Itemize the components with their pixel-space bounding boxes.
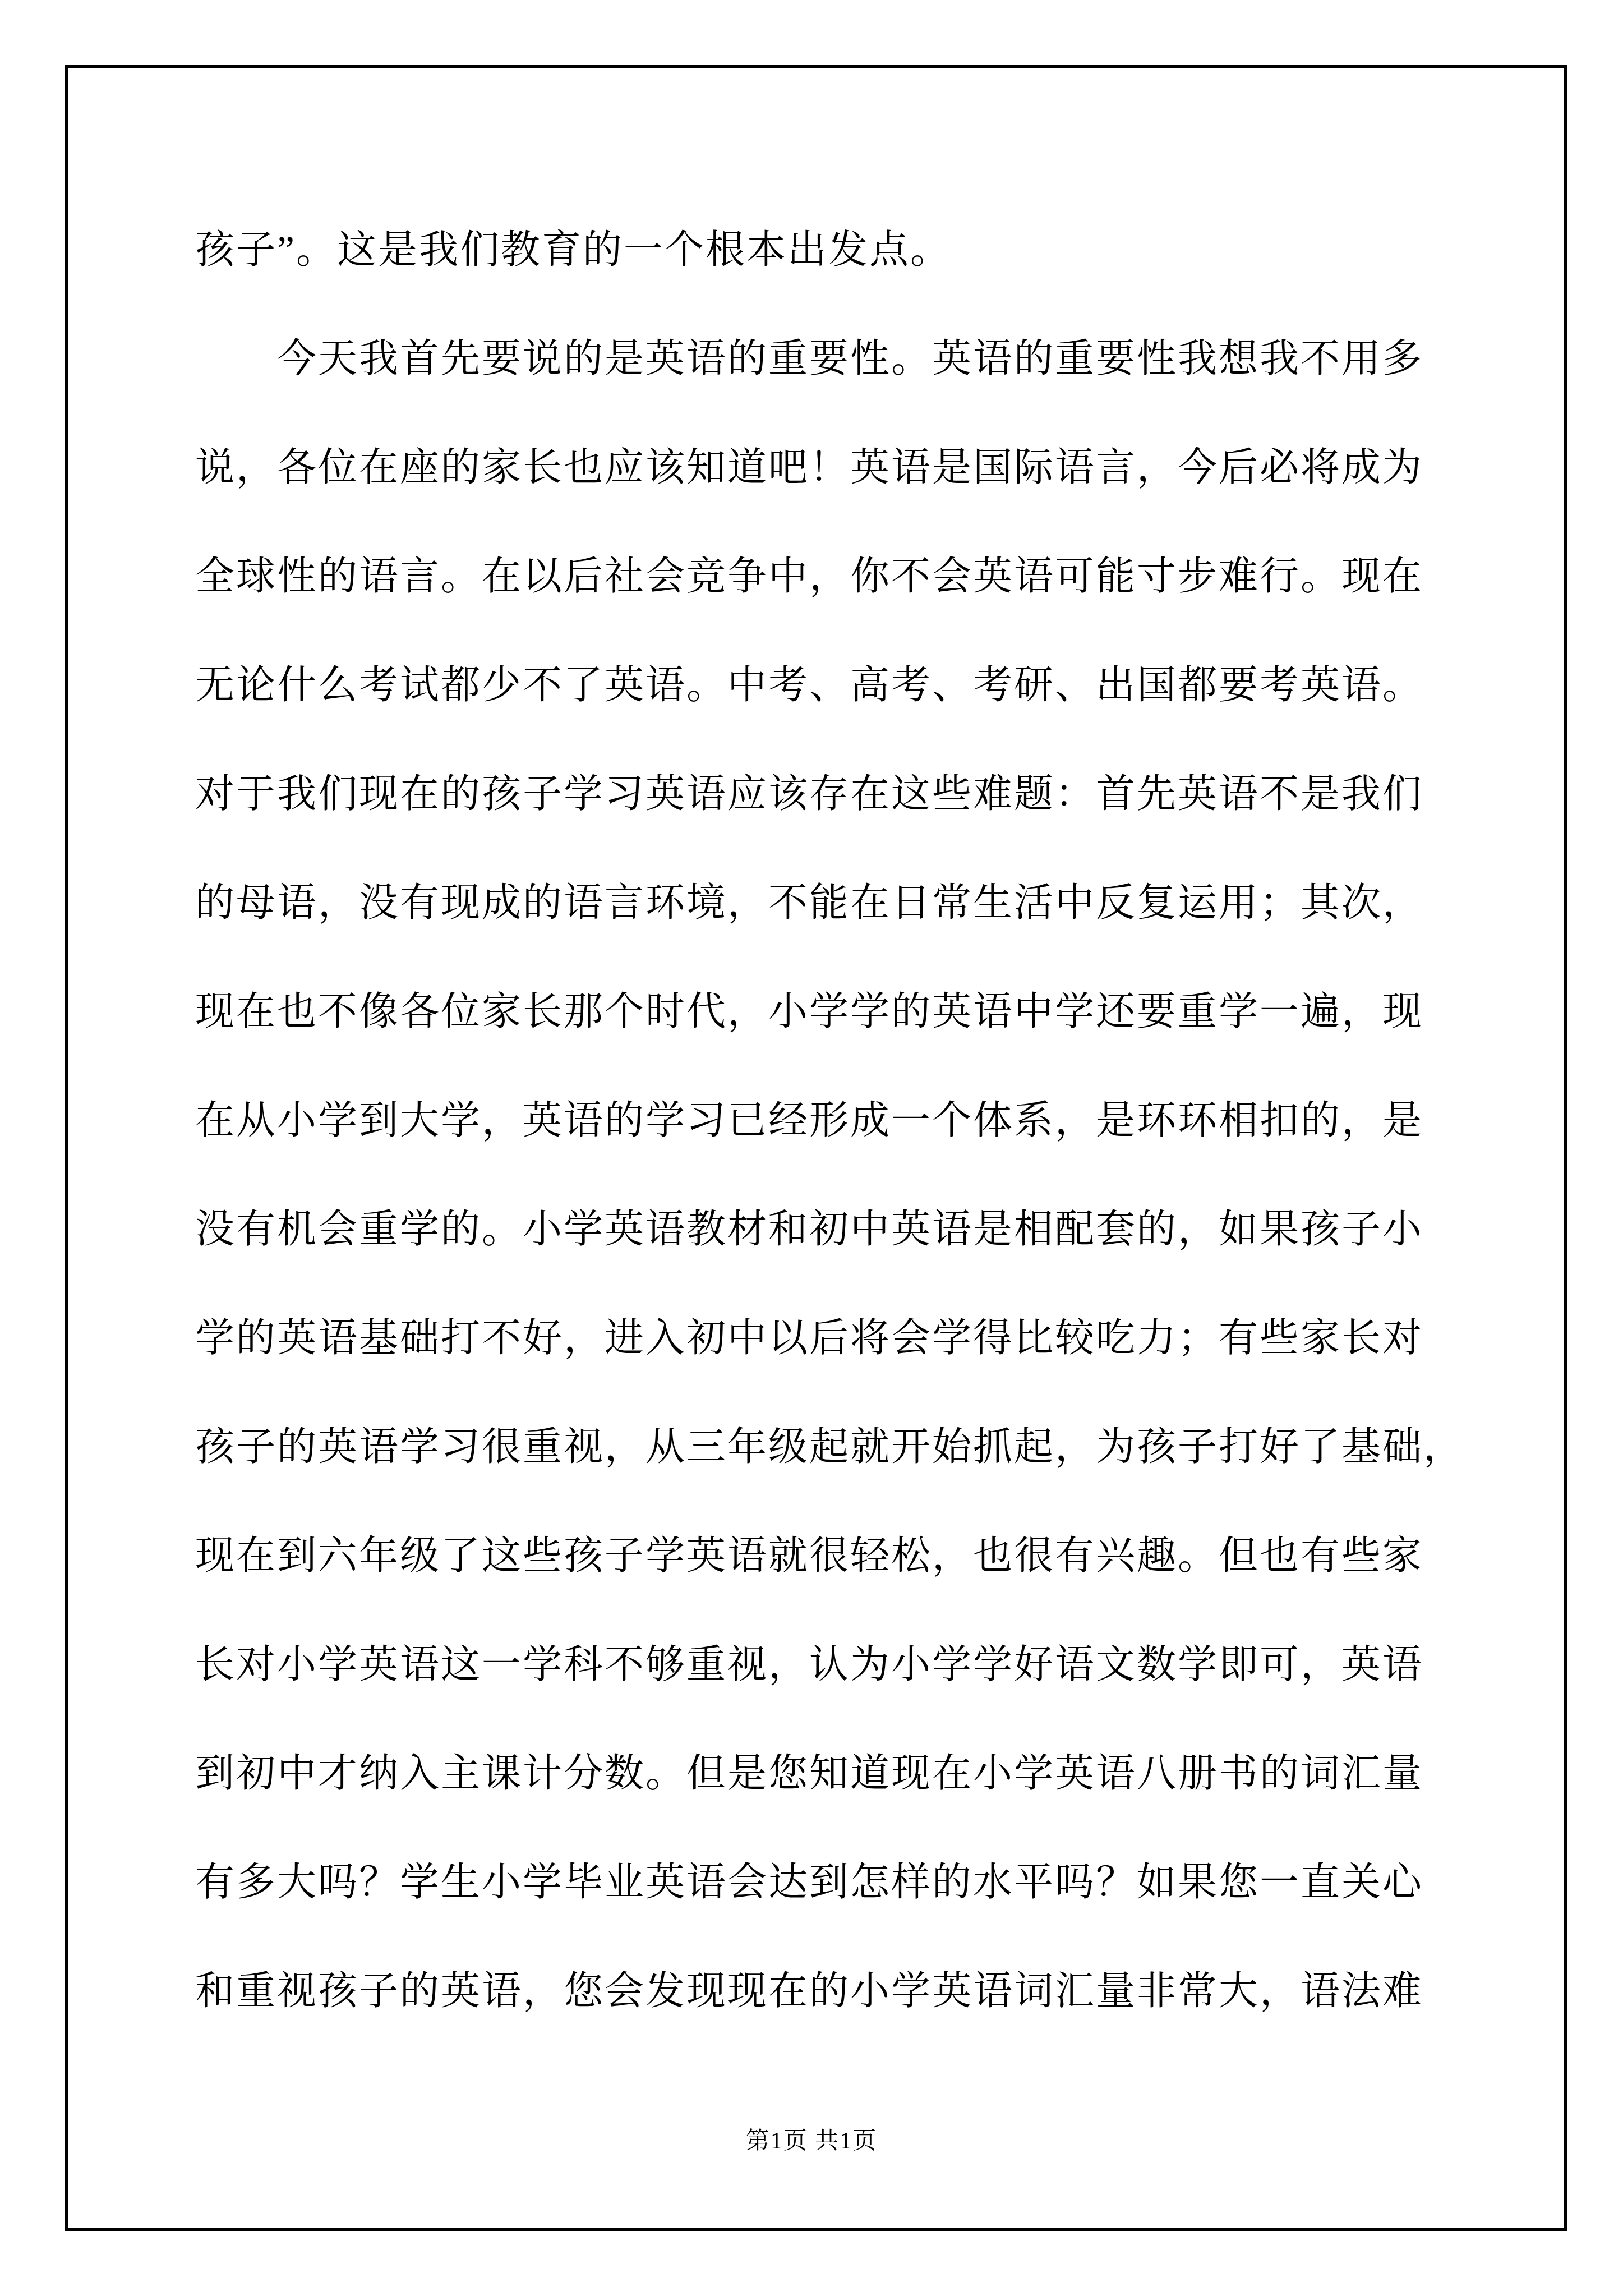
text-line: 没有机会重学的。小学英语教材和初中英语是相配套的，如果孩子小 <box>195 1176 1432 1285</box>
text-line: 现在也不像各位家长那个时代，小学学的英语中学还要重学一遍，现 <box>195 958 1432 1067</box>
text-line: 在从小学到大学，英语的学习已经形成一个体系，是环环相扣的，是 <box>195 1067 1432 1176</box>
text-line: 无论什么考试都少不了英语。中考、高考、考研、出国都要考英语。 <box>195 632 1432 740</box>
text-line: 孩子的英语学习很重视，从三年级起就开始抓起，为孩子打好了基础， <box>195 1393 1432 1502</box>
text-line: 今天我首先要说的是英语的重要性。英语的重要性我想我不用多 <box>195 305 1432 414</box>
text-line: 和重视孩子的英语，您会发现现在的小学英语词汇量非常大，语法难 <box>195 1938 1432 2046</box>
text-line: 长对小学英语这一学科不够重视，认为小学学好语文数学即可，英语 <box>195 1611 1432 1720</box>
text-line: 有多大吗？学生小学毕业英语会达到怎样的水平吗？如果您一直关心 <box>195 1829 1432 1938</box>
page-number-text: 第1页 共1页 <box>746 2128 878 2154</box>
text-line: 现在到六年级了这些孩子学英语就很轻松，也很有兴趣。但也有些家 <box>195 1502 1432 1611</box>
text-line: 对于我们现在的孩子学习英语应该存在这些难题：首先英语不是我们 <box>195 740 1432 849</box>
text-line: 学的英语基础打不好，进入初中以后将会学得比较吃力；有些家长对 <box>195 1285 1432 1393</box>
text-line: 全球性的语言。在以后社会竞争中，你不会英语可能寸步难行。现在 <box>195 523 1432 632</box>
text-line: 孩子”。这是我们教育的一个根本出发点。 <box>195 196 1432 305</box>
document-page: 孩子”。这是我们教育的一个根本出发点。 今天我首先要说的是英语的重要性。英语的重… <box>0 0 1623 2296</box>
document-body: 孩子”。这是我们教育的一个根本出发点。 今天我首先要说的是英语的重要性。英语的重… <box>195 196 1432 2046</box>
page-footer: 第1页 共1页 <box>0 2122 1623 2161</box>
text-line: 说，各位在座的家长也应该知道吧！英语是国际语言，今后必将成为 <box>195 414 1432 523</box>
text-line: 到初中才纳入主课计分数。但是您知道现在小学英语八册书的词汇量 <box>195 1720 1432 1829</box>
text-line: 的母语，没有现成的语言环境，不能在日常生活中反复运用；其次， <box>195 849 1432 958</box>
